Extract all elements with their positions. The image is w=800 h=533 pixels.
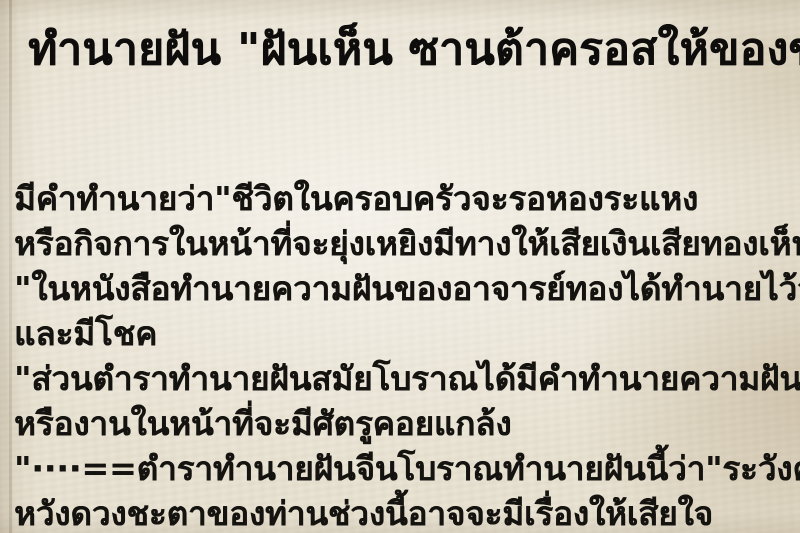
body-line: และมีโชค [14, 311, 800, 356]
body-text: มีคำทำนายว่า"ชีวิตในครอบครัวจะรอหองระแหง… [14, 176, 800, 533]
body-line: "ส่วนตำราทำนายฝันสมัยโบราณได้มีคำทำนายคว… [14, 356, 800, 401]
body-line: มีคำทำนายว่า"ชีวิตในครอบครัวจะรอหองระแหง [14, 176, 800, 221]
body-line: "ในหนังสือทำนายความฝันของอาจารย์ทองได้ทำ… [14, 266, 800, 311]
body-line: หรืองานในหน้าที่จะมีศัตรูคอยแกล้ง [14, 401, 800, 446]
page-title: ทำนายฝัน "ฝันเห็น ซานต้าครอสให้ของขวัญ [28, 14, 800, 84]
body-line: หวังดวงชะตาของท่านช่วงนี้อาจจะมีเรื่องให… [14, 491, 800, 533]
body-line: "····==ตำราทำนายฝันจีนโบราณทำนายฝันนี้ว่… [14, 446, 800, 491]
document-page: ทำนายฝัน "ฝันเห็น ซานต้าครอสให้ของขวัญ ม… [0, 0, 800, 533]
body-line: หรือกิจการในหน้าที่จะยุ่งเหยิงมีทางให้เส… [14, 221, 800, 266]
